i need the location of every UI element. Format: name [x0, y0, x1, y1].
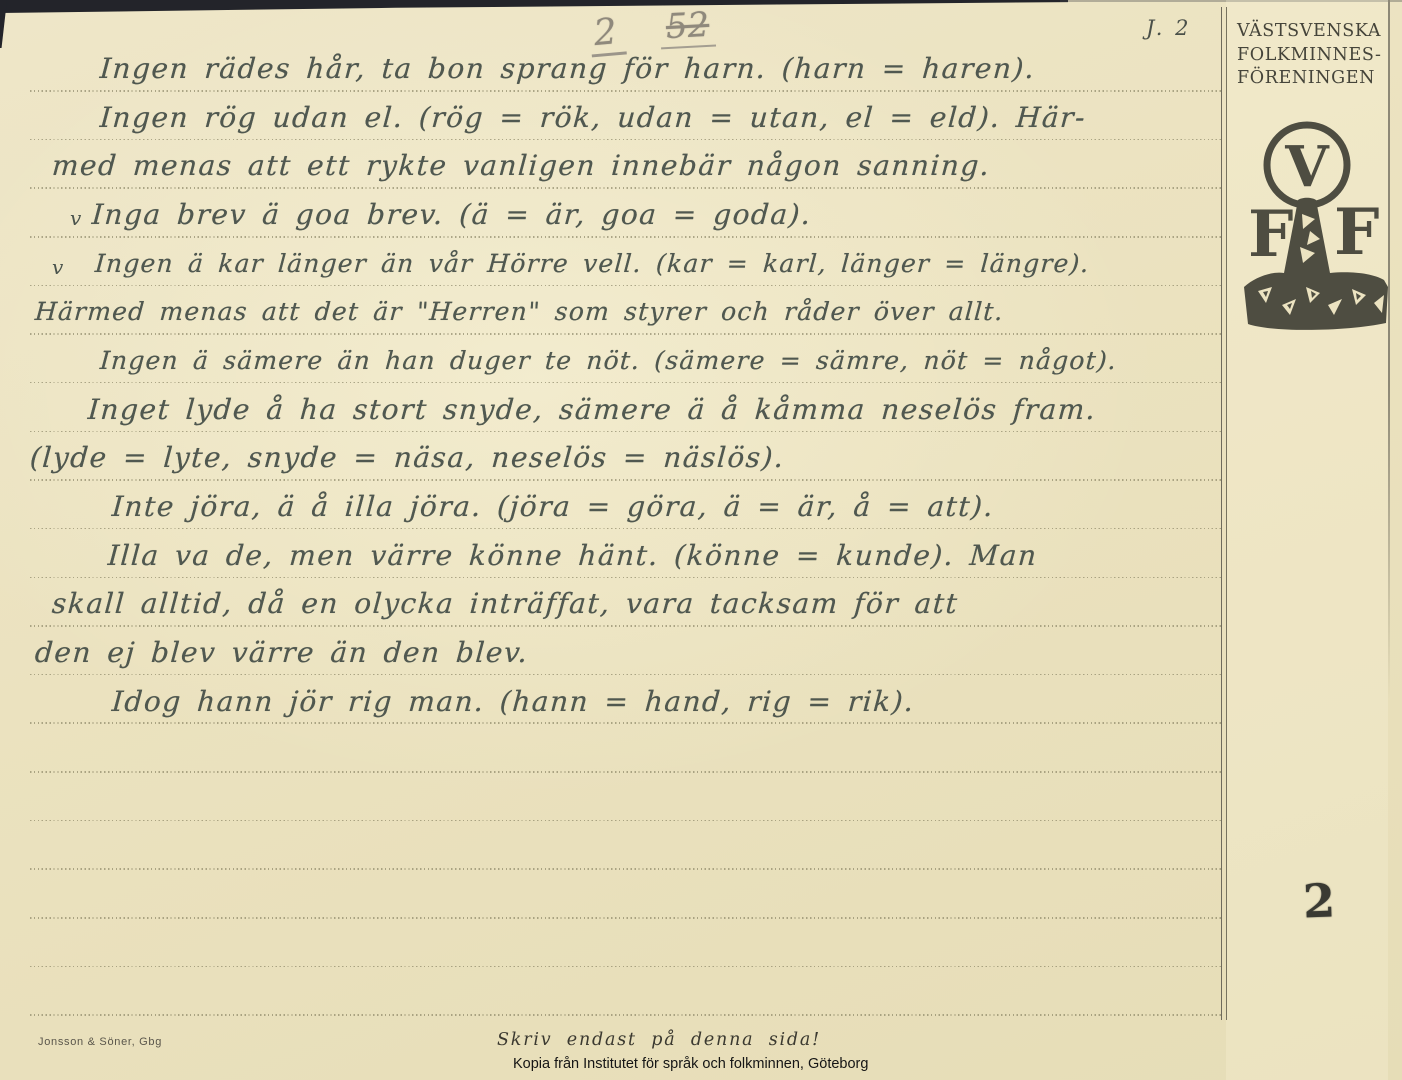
- handwriting-line: skall alltid, då en olycka inträffat, va…: [51, 583, 960, 625]
- vff-logo: V F F: [1232, 110, 1402, 354]
- ruled-line: [30, 90, 1221, 92]
- handwriting-line: Ingen rädes hår, ta bon sprang för harn.…: [99, 48, 1037, 90]
- handwriting-line: Ingen ä kar länger än vår Hörre vell. (k…: [94, 243, 1092, 285]
- handwriting-line: Ingen ä sämere än han duger te nöt. (säm…: [99, 340, 1119, 382]
- logo-letter-v: V: [1284, 134, 1330, 200]
- margin-check-mark: v: [70, 206, 81, 230]
- ruled-line: [30, 917, 1221, 919]
- handwriting-line: Inte jöra, ä å illa jöra. (jöra = göra, …: [111, 486, 996, 528]
- handwriting-line: (lyde = lyte, snyde = näsa, neselös = nä…: [29, 437, 786, 479]
- handwriting-line: den ej blev värre än den blev.: [34, 632, 530, 674]
- ruled-line: [30, 187, 1221, 189]
- handwriting-line: Inga brev ä goa brev. (ä = är, goa = god…: [91, 194, 813, 236]
- logo-letter-f-right: F: [1334, 195, 1379, 270]
- ruled-line: [30, 528, 1221, 530]
- ruled-line: [30, 625, 1221, 627]
- pencil-crossed-number: 52: [659, 5, 716, 50]
- ruled-line: [30, 333, 1221, 335]
- margin-check-mark: v: [52, 255, 63, 279]
- handwriting-line: Ingen rög udan el. (rög = rök, udan = ut…: [99, 97, 1088, 139]
- document-scan: 2 52 J. 2 Ingen rädes hår, ta bon sprang…: [0, 0, 1402, 1080]
- handwriting-line: Inget lyde å ha stort snyde, sämere ä å …: [87, 389, 1098, 431]
- copy-notice: Kopia från Institutet för språk och folk…: [513, 1056, 868, 1072]
- ruled-line: [30, 820, 1221, 822]
- handwriting-line: Härmed menas att det är "Herren" som sty…: [34, 291, 1006, 333]
- org-name-line-3: FÖRENINGEN: [1237, 67, 1382, 91]
- corner-note: J. 2: [1146, 16, 1192, 40]
- org-name-line-1: VÄSTSVENSKA: [1237, 20, 1382, 44]
- vertical-separator-line: [1221, 7, 1227, 1020]
- stamp-page-number: 2: [1302, 873, 1336, 928]
- handwriting-line: med menas att ett rykte vanligen innebär…: [51, 145, 992, 187]
- ruled-line: [30, 236, 1221, 238]
- ruled-line: [30, 771, 1221, 773]
- ruled-line: [30, 868, 1221, 870]
- printer-mark: Jonsson & Söner, Gbg: [38, 1036, 162, 1048]
- footer-instruction: Skriv endast på denna sida!: [497, 1030, 821, 1050]
- ruled-line: [30, 674, 1221, 676]
- ruled-line: [30, 1014, 1221, 1016]
- ruled-line: [30, 966, 1221, 968]
- ruled-line: [30, 479, 1221, 481]
- handwriting-line: Illa va de, men värre könne hänt. (könne…: [107, 535, 1039, 577]
- org-name-line-2: FOLKMINNES-: [1237, 44, 1382, 68]
- ruled-line: [30, 382, 1221, 384]
- handwriting-line: Idog hann jör rig man. (hann = hand, rig…: [111, 681, 916, 723]
